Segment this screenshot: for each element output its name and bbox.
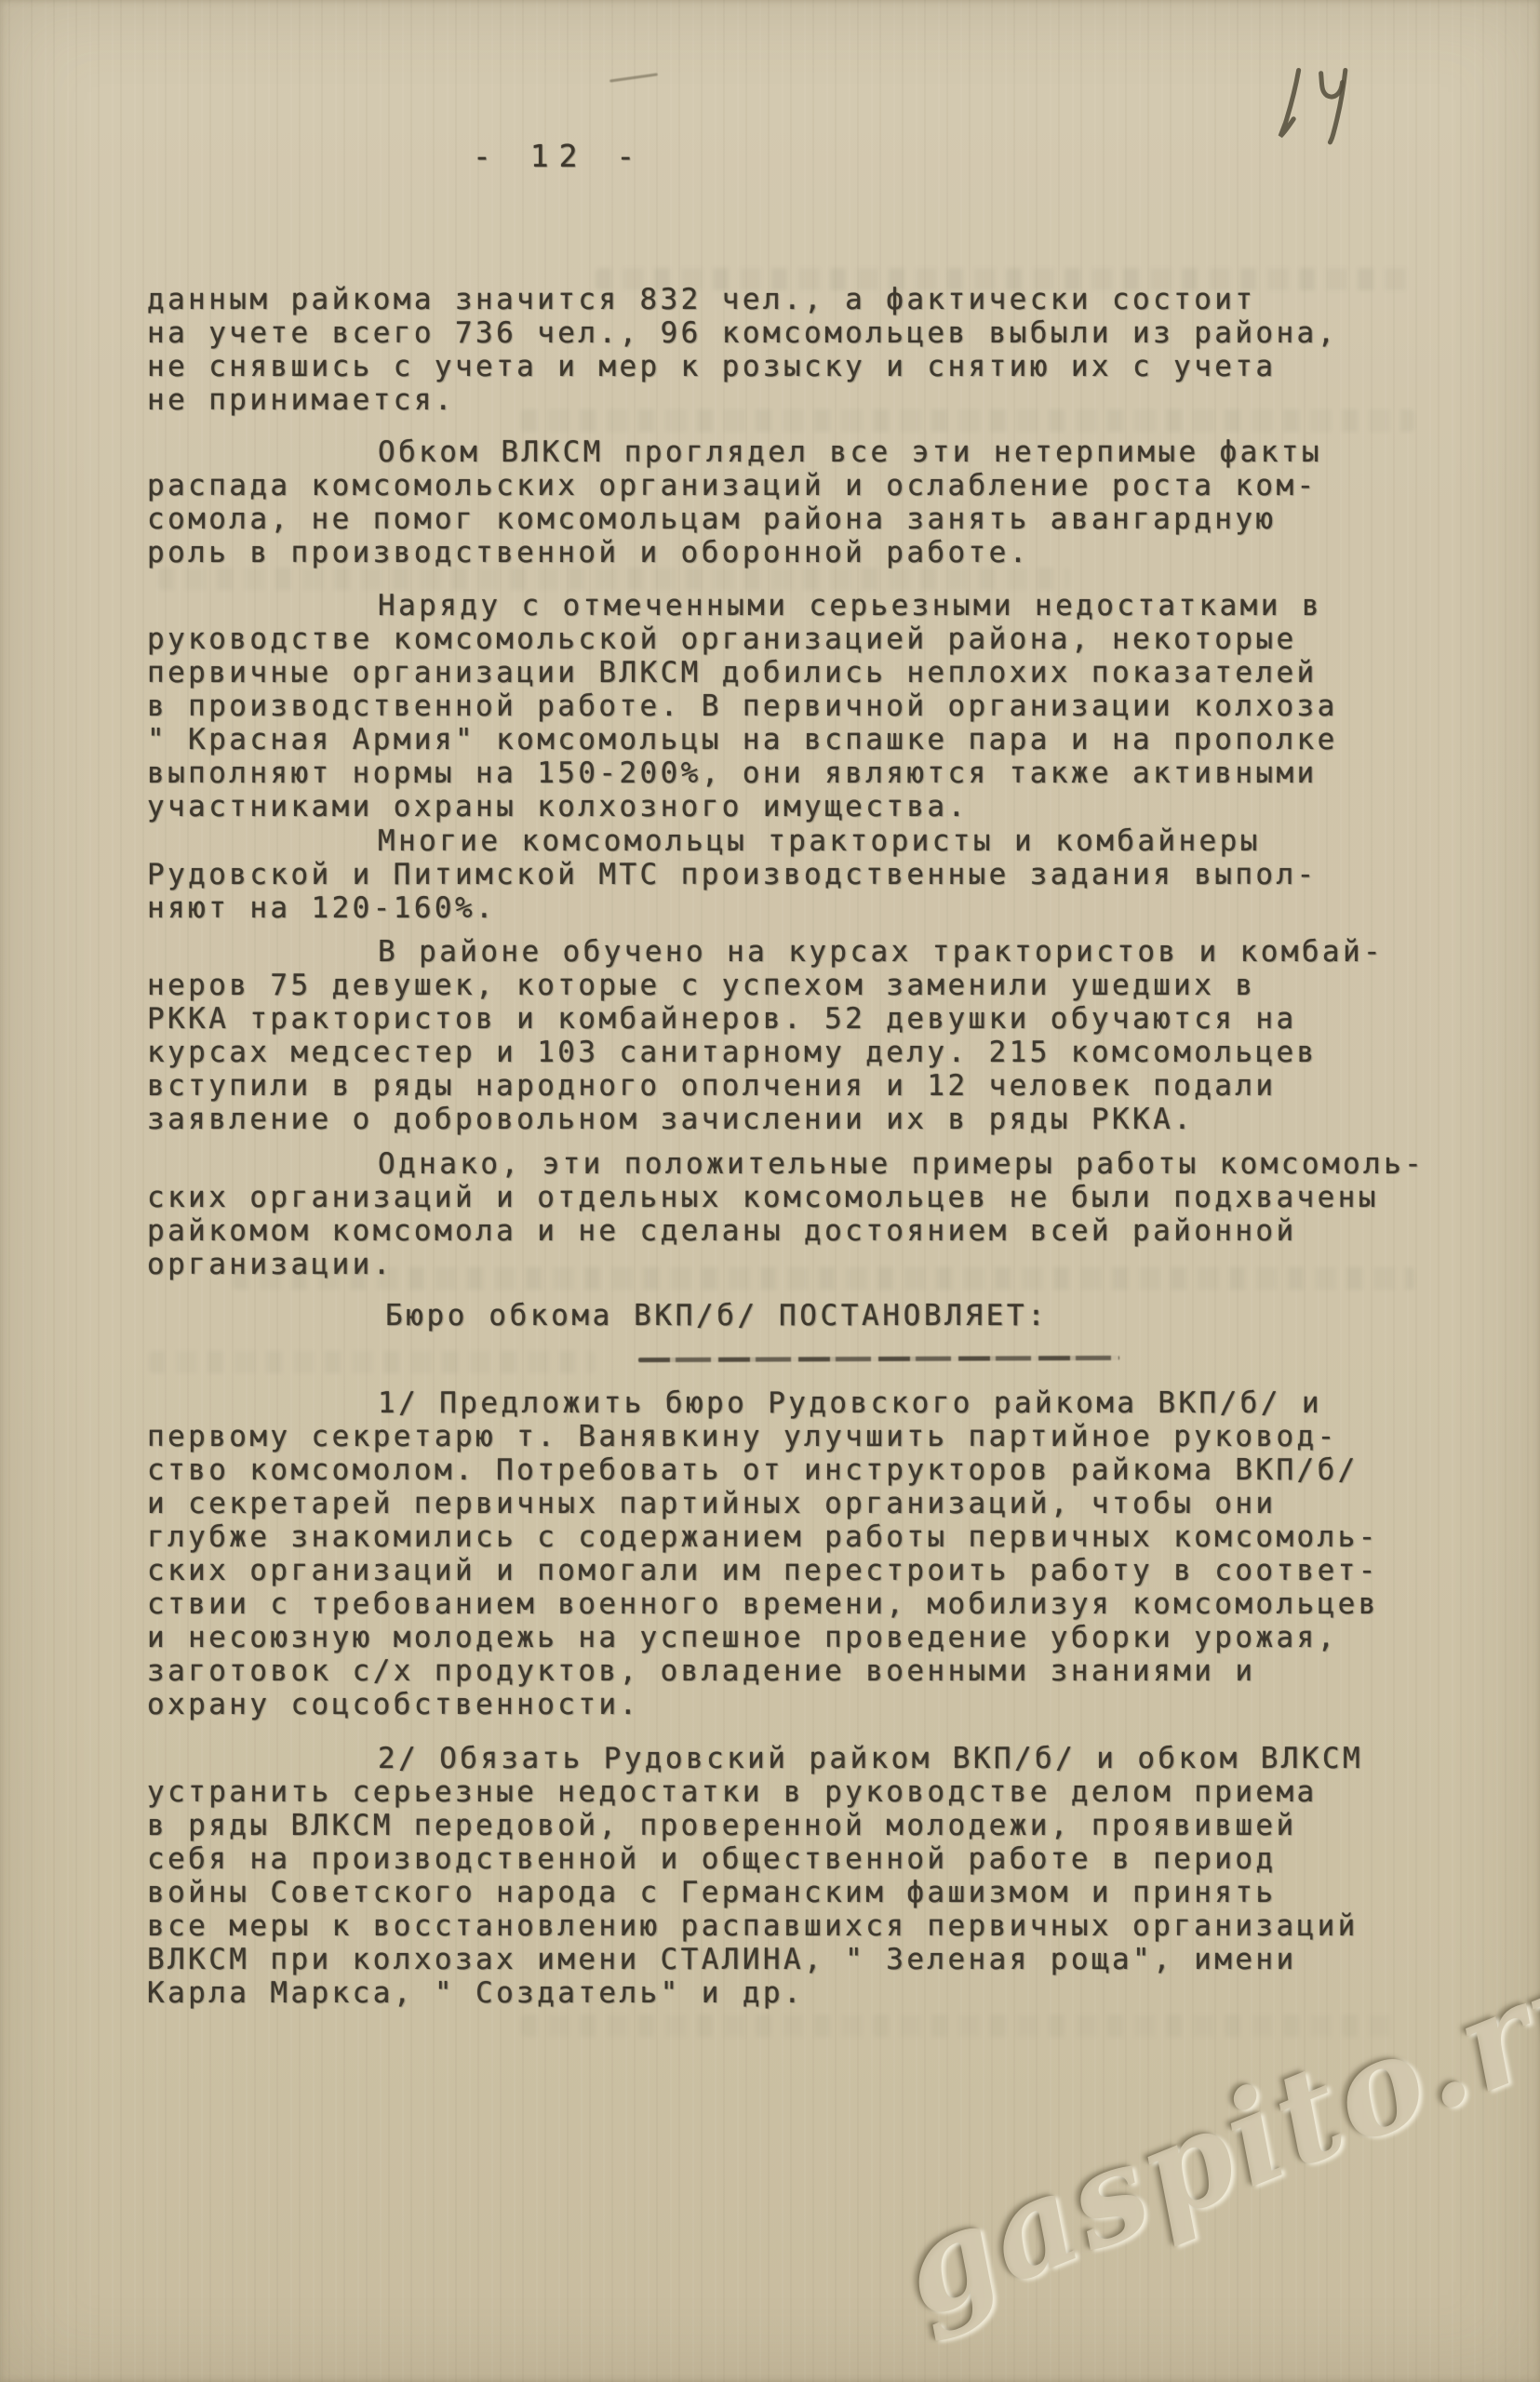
heading-underline: [638, 1356, 1119, 1362]
handwritten-stroke: [1321, 74, 1343, 97]
paragraph: Обком ВЛКСМ проглядел все эти нетерпимые…: [147, 435, 1450, 569]
ghost-ink-smudge: [521, 2014, 1396, 2037]
handwritten-page-number: [1258, 54, 1370, 166]
paper-scratch: [609, 73, 658, 82]
paragraph: данным райкома значится 832 чел., а факт…: [147, 283, 1450, 417]
paragraph: Наряду с отмеченными серьезными недостат…: [147, 589, 1450, 823]
ghost-ink-smudge: [149, 1351, 596, 1373]
resolution-heading: Бюро обкома ВКП/б/ ПОСТАНОВЛЯЕТ:: [385, 1299, 1048, 1332]
resolution-item: 2/ Обязать Рудовский райком ВКП/б/ и обк…: [147, 1742, 1450, 2010]
handwritten-stroke: [1330, 70, 1345, 141]
paragraph: Многие комсомольцы трактористы и комбайн…: [147, 824, 1450, 925]
handwritten-stroke: [1280, 70, 1299, 136]
ghost-ink-smudge: [158, 568, 1070, 590]
page-number: - 12 -: [473, 140, 715, 173]
scanned-document-page: - 12 - данным райкома значится 832 чел.,…: [0, 0, 1540, 2382]
resolution-item: 1/ Предложить бюро Рудовского райкома ВК…: [147, 1386, 1450, 1721]
paragraph: Однако, эти положительные примеры работы…: [147, 1147, 1450, 1281]
paragraph: В районе обучено на курсах трактористов …: [147, 935, 1450, 1136]
